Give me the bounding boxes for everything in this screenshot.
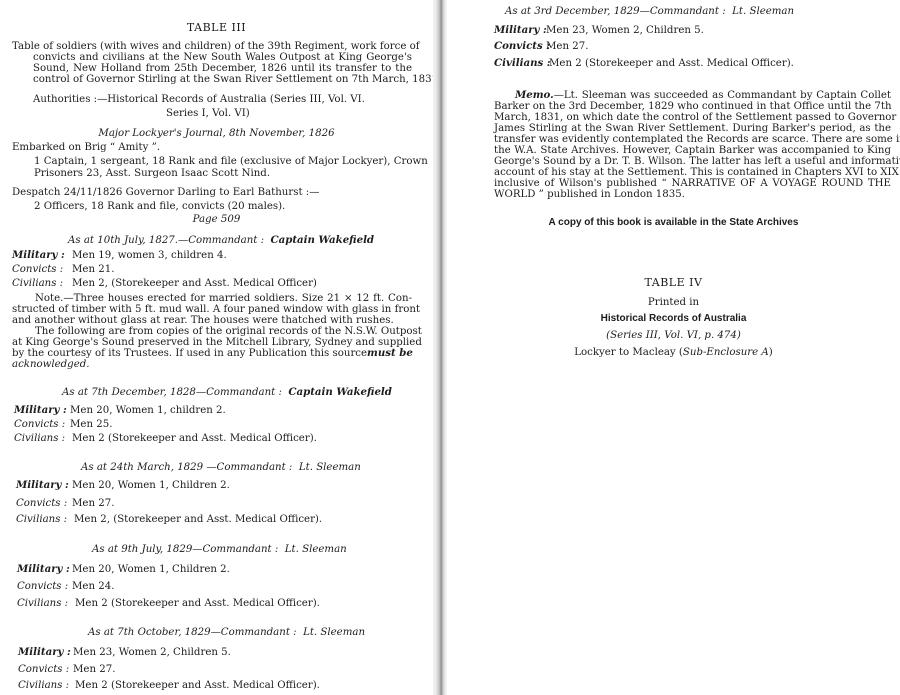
embarked-detail: Prisoners 23, Asst. Surgeon Isaac Scott …: [34, 167, 270, 180]
book-gutter: [433, 0, 447, 695]
record-convicts: Convicts :Men 27.: [18, 663, 115, 676]
record-military: Military :Men 23, Women 2, Children 5.: [18, 646, 231, 659]
record-civilians: Civilians :Men 2 (Storekeeper and Asst. …: [17, 597, 320, 610]
record-military: Military :Men 19, women 3, children 4.: [12, 249, 227, 262]
left-page: TABLE III Table of soldiers (with wives …: [0, 0, 433, 695]
record-convicts: Convicts :Men 27.: [494, 40, 588, 53]
table-iv-series: (Series III, Vol. VI, p. 474): [447, 329, 900, 342]
table-iv-letter: Lockyer to Macleay (Sub-Enclosure A): [447, 346, 900, 359]
record-heading: As at 7th December, 1828—Commandant : Ca…: [62, 386, 392, 399]
record-military: Military :Men 20, Women 1, children 2.: [14, 404, 226, 417]
page-reference: Page 509: [0, 213, 433, 226]
embarked-line: Embarked on Brig “ Amity ”.: [12, 141, 160, 154]
despatch-detail: 2 Officers, 18 Rank and file, convicts (…: [34, 200, 285, 213]
despatch-line: Despatch 24/11/1826 Governor Darling to …: [12, 186, 319, 199]
record-heading: As at 24th March, 1829 —Commandant : Lt.…: [81, 461, 361, 474]
authorities-line: Authorities :—Historical Records of Aust…: [33, 93, 365, 106]
table-iv-title: TABLE IV: [447, 276, 900, 289]
record-civilians: Civilians :Men 2 (Storekeeper and Asst. …: [18, 679, 320, 692]
note-line: acknowledged.: [12, 358, 90, 371]
table-iv-source: Historical Records of Australia: [447, 312, 900, 325]
record-military: Military :Men 20, Women 1, Children 2.: [16, 479, 230, 492]
record-heading: As at 10th July, 1827.—Commandant : Capt…: [68, 234, 374, 247]
record-heading: As at 7th October, 1829—Commandant : Lt.…: [88, 626, 365, 639]
table-iii-title: TABLE III: [0, 21, 433, 34]
intro-line: control of Governor Stirling at the Swan…: [33, 73, 412, 86]
record-civilians: Civilians :Men 2 (Storekeeper and Asst. …: [494, 57, 794, 70]
record-convicts: Convicts :Men 27.: [16, 497, 114, 510]
record-convicts: Convicts :Men 25.: [14, 418, 112, 431]
journal-heading: Major Lockyer's Journal, 8th November, 1…: [0, 127, 433, 140]
authorities-line: Series I, Vol. VI): [166, 107, 250, 120]
record-military: Military :Men 23, Women 2, Children 5.: [494, 24, 704, 37]
record-civilians: Civilians :Men 2 (Storekeeper and Asst. …: [14, 432, 317, 445]
record-heading: As at 9th July, 1829—Commandant : Lt. Sl…: [92, 543, 347, 556]
record-civilians: Civilians :Men 2, (Storekeeper and Asst.…: [16, 513, 322, 526]
record-civilians: Civilians :Men 2, (Storekeeper and Asst.…: [12, 277, 317, 290]
record-convicts: Convicts :Men 21.: [12, 263, 114, 276]
memo-line: WORLD ” published in London 1835.: [494, 188, 685, 201]
archives-note: A copy of this book is available in the …: [447, 216, 900, 229]
right-page: As at 3rd December, 1829—Commandant : Lt…: [447, 0, 900, 695]
table-iv-printed: Printed in: [447, 296, 900, 309]
record-military: Military :Men 20, Women 1, Children 2.: [17, 563, 230, 576]
record-convicts: Convicts :Men 24.: [17, 580, 114, 593]
record-heading: As at 3rd December, 1829—Commandant : Lt…: [505, 5, 794, 18]
